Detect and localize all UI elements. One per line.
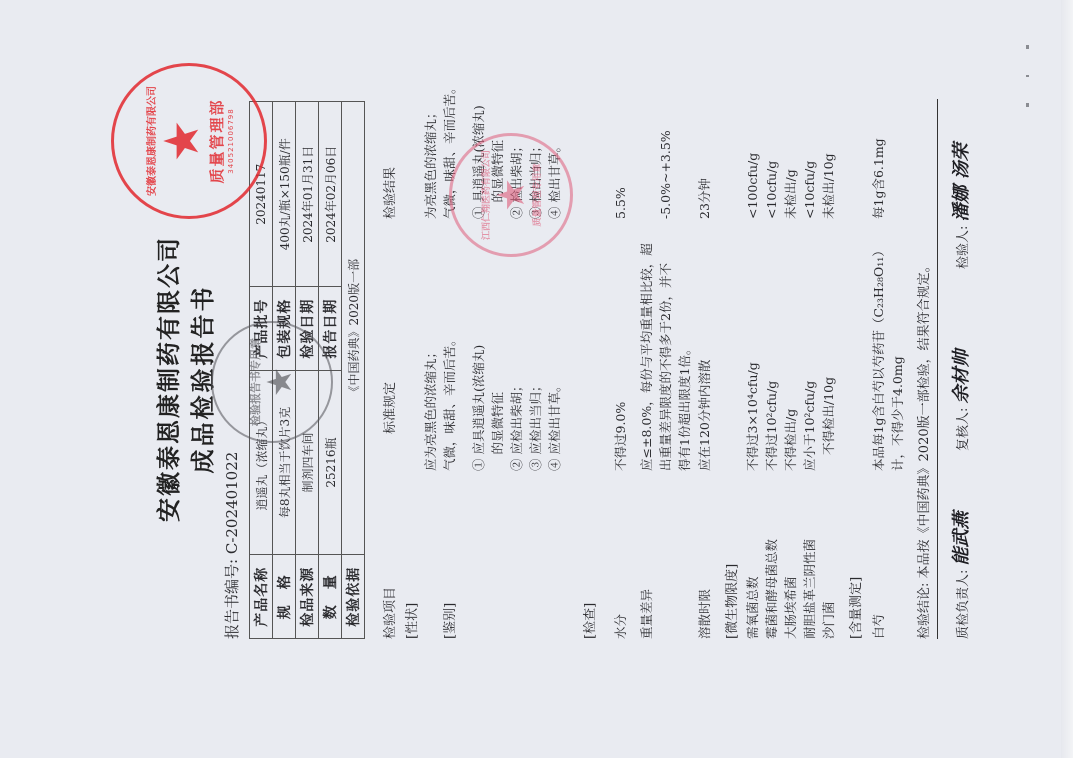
table-row: 检验依据 《中国药典》2020版一部 (342, 102, 365, 639)
external-qa-stamp: 江西仁翔医药有限公司 ★ 质量管理专用章 (449, 133, 573, 257)
assay-result: 每1g含6.1mg (869, 69, 888, 219)
text-line: 应为亮黑色的浓缩丸； (421, 181, 440, 471)
report-seal-stamp: 检验报告书专用章 ★ (211, 321, 333, 443)
text-line: 出重量差异限度的不得多于2份，并不 (656, 181, 675, 471)
inspection-item: 水分 (611, 614, 630, 639)
microbial-result: <100cfu/g (743, 69, 762, 219)
basis-value: 《中国药典》2020版一部 (342, 102, 365, 555)
section-assay: [含量测定] (845, 577, 864, 639)
source-label: 检品来源 (296, 555, 319, 639)
microbial-result: 未检出/10g (819, 69, 838, 219)
reviewer-signature: 复核人: 余材帅 (947, 349, 973, 451)
column-header-standard: 标准规定 (379, 382, 398, 434)
spec-label: 规 格 (273, 555, 296, 639)
report-number: 报告书编号: C-202401022 (221, 452, 242, 639)
microbial-standard: 不得过10²cfu/g (762, 181, 781, 471)
stamp-code: 340521006798 (227, 108, 235, 173)
assay-standard: 本品每1g含白芍以芍药苷（C₂₃H₂₈O₁₁） 计，不得少于4.0mg (869, 181, 907, 471)
microbial-item: 大肠埃希菌 (781, 576, 800, 639)
conclusion: 检验结论: 本品按《中国药典》2020版一部检验，结果符合规定。 (913, 259, 932, 639)
star-icon: ★ (492, 178, 530, 212)
inspection-report-page: 安徽泰恩康制药有限公司 成品检验报告书 报告书编号: C-202401022 产… (71, 79, 1001, 679)
inspection-result: 23分钟 (695, 69, 714, 219)
inspection-item: 溶散时限 (695, 589, 714, 639)
report-number-value: C-202401022 (223, 452, 241, 554)
text-line: 为亮黑色的浓缩丸； (421, 69, 440, 219)
microbial-standard: 不得检出/g (781, 181, 800, 471)
character-standard: 应为亮黑色的浓缩丸； 气微，味甜、辛而后苦。 (421, 181, 459, 471)
package-value: 400丸/瓶×150瓶/件 (273, 102, 296, 287)
text-line: 计，不得少于4.0mg (888, 181, 907, 471)
inspector-signature: 检验人: 潘娜 汤荣 (947, 143, 973, 269)
company-qa-stamp: 安徽泰恩康制药有限公司 ★ 质量管理部 340521006798 (111, 63, 267, 219)
inspection-standard: 应≤±8.0%，每份与平均重量相比较，超 出重量差异限度的不得多于2份，并不 得… (637, 181, 694, 471)
section-inspection: [检查] (579, 603, 598, 639)
report-date: 2024年02月06日 (319, 102, 342, 287)
microbial-standard: 不得过3×10⁴cfu/g (743, 181, 762, 471)
text-line: 得有1份超出限度1倍。 (675, 181, 694, 471)
inspector-handwriting: 潘娜 汤荣 (951, 143, 972, 221)
section-identification: [鉴别] (439, 603, 458, 639)
report-number-label: 报告书编号: (223, 559, 241, 639)
inspector-label: 检验人: (956, 226, 971, 269)
text-line: 应≤±8.0%，每份与平均重量相比较，超 (637, 181, 656, 471)
scan-edge (1061, 0, 1073, 758)
product-name-label: 产品名称 (250, 555, 273, 639)
conclusion-text: 本品按《中国药典》2020版一部检验，结果符合规定。 (917, 259, 932, 578)
reviewer-label: 复核人: (956, 408, 971, 451)
microbial-item: 耐胆盐革兰阴性菌 (800, 539, 819, 639)
inspection-standard: 不得过9.0% (611, 181, 630, 471)
inspection-item: 重量差异 (637, 589, 656, 639)
qc-head-handwriting: 能武燕 (951, 511, 972, 565)
column-header-item: 检验项目 (379, 587, 398, 639)
section-character: [性状] (401, 603, 420, 639)
qc-head-signature: 质检负责人: 能武燕 (947, 511, 973, 639)
divider-line (937, 99, 938, 639)
reviewer-handwriting: 余材帅 (951, 349, 972, 403)
microbial-item: 沙门菌 (819, 601, 838, 639)
basis-label: 检验依据 (342, 555, 365, 639)
star-icon: ★ (158, 119, 206, 162)
scan-artifacts (1023, 45, 1033, 115)
microbial-result: 未检出/g (781, 69, 800, 219)
inspection-standard: 应在120分钟内溶散 (695, 181, 714, 471)
star-icon: ★ (263, 367, 297, 397)
text-line: 本品每1g含白芍以芍药苷（C₂₃H₂₈O₁₁） (869, 181, 888, 471)
inspection-result: -5.0%~+3.5% (656, 69, 675, 219)
quantity-label: 数 量 (319, 555, 342, 639)
microbial-standard: 应小于10²cfu/g (800, 181, 819, 471)
inspection-result: 5.5% (611, 69, 630, 219)
section-microbial: [微生物限度] (721, 564, 740, 639)
column-header-result: 检验结果 (379, 167, 398, 219)
qc-head-label: 质检负责人: (956, 570, 971, 639)
microbial-item: 霉菌和酵母菌总数 (762, 539, 781, 639)
stamp-inner-text: 质量管理专用章 (530, 164, 543, 227)
microbial-item: 需氧菌总数 (743, 576, 762, 639)
test-date: 2024年01月31日 (296, 102, 319, 287)
microbial-result: <10cfu/g (762, 69, 781, 219)
assay-item: 白芍 (869, 614, 888, 639)
microbial-result: <10cfu/g (800, 69, 819, 219)
conclusion-label: 检验结论: (917, 583, 932, 639)
stamp-inner-text: 质量管理部 (206, 99, 227, 184)
